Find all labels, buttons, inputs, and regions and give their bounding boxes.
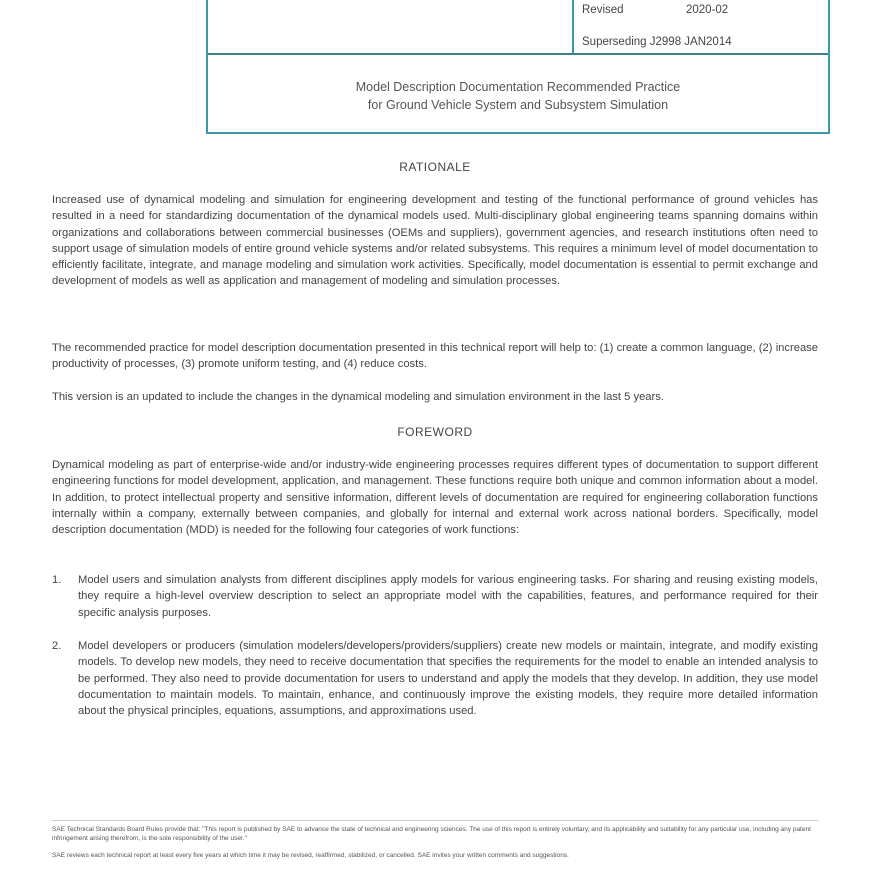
- revised-value: 2020-02: [686, 4, 728, 16]
- superseding-text: Superseding J2998 JAN2014: [582, 36, 732, 48]
- document-title: Model Description Documentation Recommen…: [208, 78, 828, 114]
- foreword-heading: FOREWORD: [0, 425, 870, 439]
- footer-rule: [52, 820, 818, 821]
- list-item: 1. Model users and simulation analysts f…: [52, 572, 818, 621]
- rationale-paragraph-3: This version is an updated to include th…: [52, 389, 818, 405]
- header-divider-horizontal: [208, 53, 828, 55]
- footer-text-1: SAE Technical Standards Board Rules prov…: [52, 826, 818, 843]
- document-header-box: Revised 2020-02 Superseding J2998 JAN201…: [206, 0, 830, 134]
- list-number: 1.: [52, 572, 61, 588]
- rationale-heading: RATIONALE: [0, 160, 870, 174]
- rationale-paragraph-2: The recommended practice for model descr…: [52, 340, 818, 373]
- rationale-paragraph-1: Increased use of dynamical modeling and …: [52, 192, 818, 290]
- list-text: Model developers or producers (simulatio…: [78, 638, 818, 719]
- foreword-paragraph: Dynamical modeling as part of enterprise…: [52, 457, 818, 538]
- footer-text-2: SAE reviews each technical report at lea…: [52, 852, 818, 861]
- title-line-2: for Ground Vehicle System and Subsystem …: [208, 96, 828, 114]
- list-text: Model users and simulation analysts from…: [78, 572, 818, 621]
- revised-label: Revised: [582, 4, 624, 16]
- title-line-1: Model Description Documentation Recommen…: [208, 78, 828, 96]
- header-divider-vertical: [572, 0, 574, 55]
- list-number: 2.: [52, 638, 61, 654]
- list-item: 2. Model developers or producers (simula…: [52, 638, 818, 719]
